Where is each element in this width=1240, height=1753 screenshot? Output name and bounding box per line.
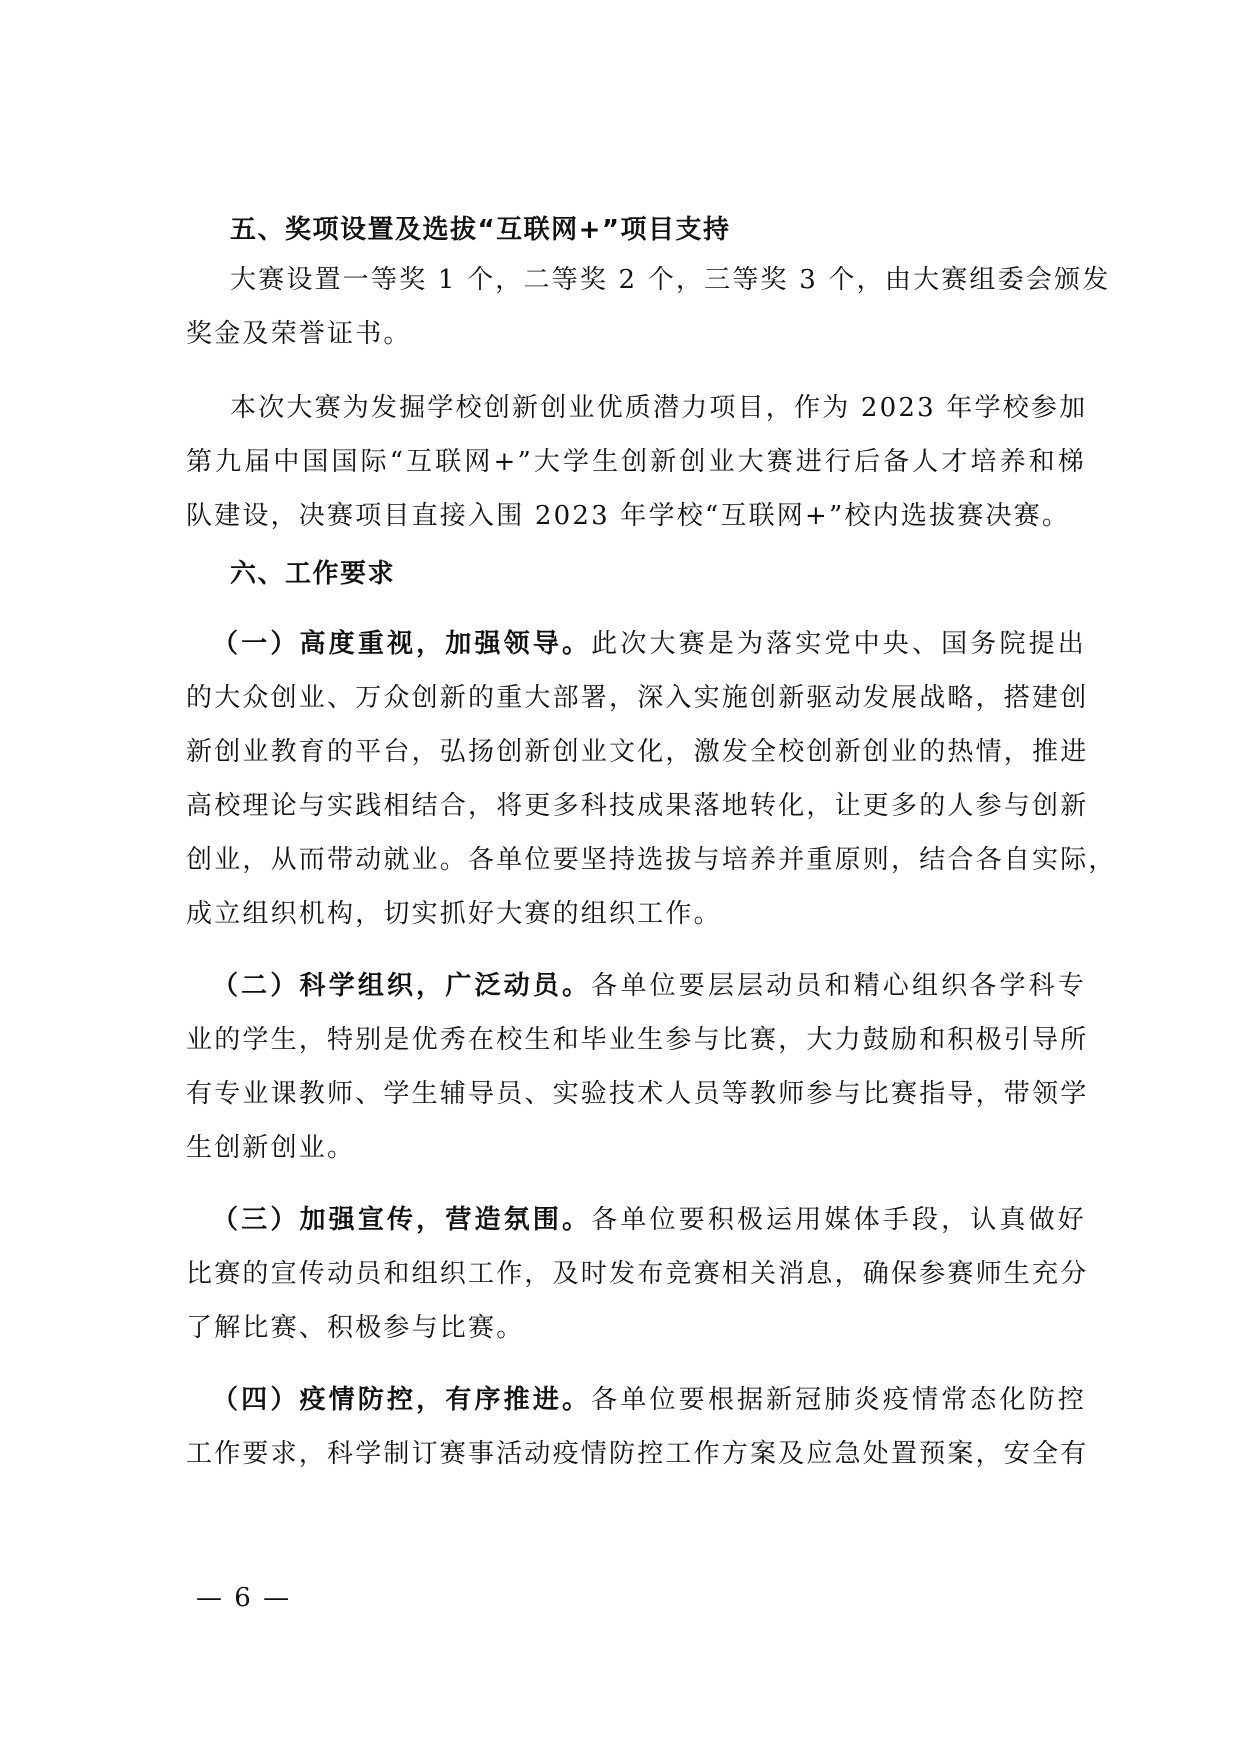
section-heading-requirements: 六、工作要求	[230, 558, 1130, 590]
section-heading-awards: 五、奖项设置及选拔“互联网+”项目支持	[230, 214, 1130, 246]
paragraph-line: 新创业教育的平台，弘扬创新创业文化，激发全校创新创业的热情，推进	[186, 736, 1086, 768]
item-lead-3: （三）加强宣传，营造氛围。	[212, 1205, 591, 1235]
paragraph-line: 队建设，决赛项目直接入围 2023 年学校“互联网+”校内选拔赛决赛。	[186, 500, 1086, 532]
paragraph-line: 创业，从而带动就业。各单位要坚持选拔与培养并重原则，结合各自实际，	[186, 844, 1086, 876]
paragraph-line: 工作要求，科学制订赛事活动疫情防控工作方案及应急处置预案，安全有	[186, 1438, 1086, 1470]
paragraph-line: 成立组织机构，切实抓好大赛的组织工作。	[186, 898, 1086, 930]
paragraph-line: 业的学生，特别是优秀在校生和毕业生参与比赛，大力鼓励和积极引导所	[186, 1024, 1086, 1056]
paragraph-line: 大赛设置一等奖 1 个，二等奖 2 个，三等奖 3 个，由大赛组委会颁发	[230, 264, 1086, 296]
paragraph-line: 比赛的宣传动员和组织工作，及时发布竞赛相关消息，确保参赛师生充分	[186, 1258, 1086, 1290]
paragraph-line: 生创新创业。	[186, 1132, 1086, 1164]
paragraph-line: （四）疫情防控，有序推进。各单位要根据新冠肺炎疫情常态化防控	[212, 1384, 1086, 1416]
item-lead-4: （四）疫情防控，有序推进。	[212, 1385, 591, 1415]
paragraph-line: 第九届中国国际“互联网+”大学生创新创业大赛进行后备人才培养和梯	[186, 446, 1086, 478]
paragraph-line: 了解比赛、积极参与比赛。	[186, 1312, 1086, 1344]
paragraph-line: （三）加强宣传，营造氛围。各单位要积极运用媒体手段，认真做好	[212, 1204, 1086, 1236]
paragraph-line: （一）高度重视，加强领导。此次大赛是为落实党中央、国务院提出	[212, 628, 1086, 660]
paragraph-line: 本次大赛为发掘学校创新创业优质潜力项目，作为 2023 年学校参加	[230, 392, 1086, 424]
paragraph-line: 有专业课教师、学生辅导员、实验技术人员等教师参与比赛指导，带领学	[186, 1078, 1086, 1110]
paragraph-line: 高校理论与实践相结合，将更多科技成果落地转化，让更多的人参与创新	[186, 790, 1086, 822]
page-number: — 6 —	[196, 1582, 291, 1614]
paragraph-line: 奖金及荣誉证书。	[186, 318, 1086, 350]
item-lead-2: （二）科学组织，广泛动员。	[212, 971, 591, 1001]
paragraph-line: （二）科学组织，广泛动员。各单位要层层动员和精心组织各学科专	[212, 970, 1086, 1002]
item-lead-1: （一）高度重视，加强领导。	[212, 629, 591, 659]
paragraph-line: 的大众创业、万众创新的重大部署，深入实施创新驱动发展战略，搭建创	[186, 682, 1086, 714]
document-page: 五、奖项设置及选拔“互联网+”项目支持 大赛设置一等奖 1 个，二等奖 2 个，…	[0, 0, 1240, 1753]
